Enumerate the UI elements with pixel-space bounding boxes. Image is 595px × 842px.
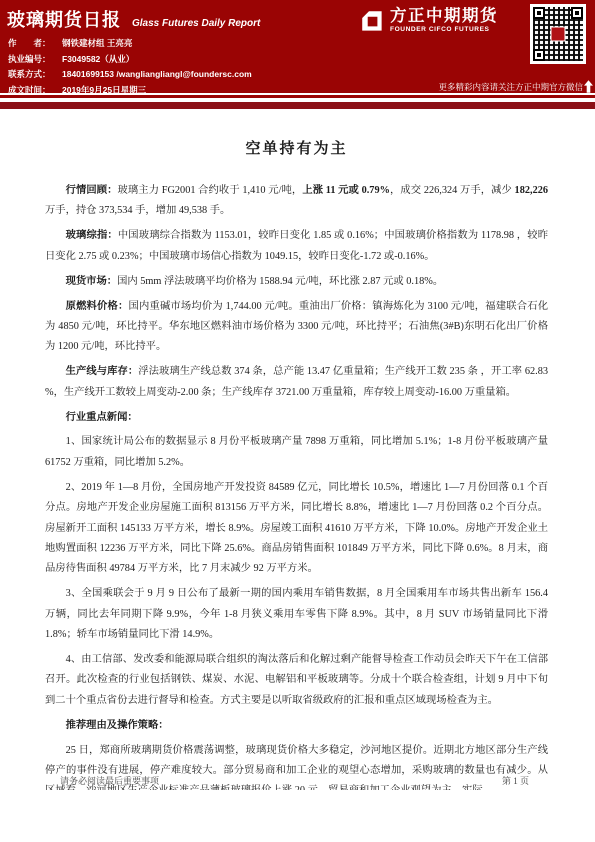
founder-logo-icon (358, 7, 385, 34)
wechat-note-row: 更多精彩内容请关注方正中期官方微信 (438, 80, 593, 93)
report-paragraph: 4、由工信部、发改委和能源局联合组织的淘汰落后和化解过剩产能督导检查工作动员会昨… (45, 650, 548, 711)
meta-label: 作 者： (8, 36, 62, 52)
report-meta: 作 者： 钢铁建材组 王亮亮 执业编号： F3049582（从业） 联系方式： … (8, 36, 252, 98)
report-page: 玻璃期货日报 Glass Futures Daily Report 作 者： 钢… (0, 0, 595, 842)
report-main: 空单持有为主 行情回顾：玻璃主力 FG2001 合约收于 1,410 元/吨，上… (45, 109, 548, 790)
report-paragraph: 原燃料价格：国内重碱市场均价为 1,744.00 元/吨。重油出厂价格：镇海炼化… (45, 297, 548, 358)
meta-label: 成文时间： (8, 83, 62, 99)
qr-finder-icon (571, 7, 583, 19)
report-paragraph: 1、国家统计局公布的数据显示 8 月份平板玻璃产量 7898 万重箱，同比增加 … (45, 432, 548, 473)
section-heading: 行业重点新闻： (45, 408, 548, 428)
meta-label: 联系方式： (8, 67, 62, 83)
meta-label: 执业编号： (8, 52, 62, 68)
report-paragraph: 生产线与库存：浮法玻璃生产线总数 374 条，总产能 13.47 亿重量箱；生产… (45, 362, 548, 403)
report-header: 玻璃期货日报 Glass Futures Daily Report 作 者： 钢… (0, 0, 595, 98)
brand-block: 方正中期期货 FOUNDER CIFCO FUTURES (358, 7, 498, 34)
report-paragraph: 玻璃综指：中国玻璃综合指数为 1153.01，较昨日变化 1.85 或 0.16… (45, 226, 548, 267)
meta-value: 18401699153 /wangliangliangl@foundersc.c… (62, 67, 252, 83)
brand-name: 方正中期期货 (390, 7, 498, 26)
header-divider-bar (0, 102, 595, 109)
qr-finder-icon (533, 49, 545, 61)
footer-disclaimer: 请务必阅读最后重要事项 (60, 774, 159, 787)
meta-row-license: 执业编号： F3049582（从业） (8, 52, 252, 68)
report-paragraph: 2、2019 年 1—8 月份，全国房地产开发投资 84589 亿元，同比增长 … (45, 478, 548, 580)
page-number: 第 1 页 (502, 774, 529, 787)
header-underline (0, 93, 595, 95)
qr-finder-icon (533, 7, 545, 19)
up-arrow-icon (584, 80, 593, 93)
qr-code (530, 4, 586, 64)
meta-value: 钢铁建材组 王亮亮 (62, 36, 132, 52)
meta-row-date: 成文时间： 2019年9月25日星期三 (8, 83, 252, 99)
report-subtitle: Glass Futures Daily Report (132, 18, 260, 29)
paragraphs-container: 行情回顾：玻璃主力 FG2001 合约收于 1,410 元/吨，上涨 11 元或… (45, 181, 548, 790)
meta-value: F3049582（从业） (62, 52, 134, 68)
report-title-row: 玻璃期货日报 Glass Futures Daily Report (7, 6, 260, 32)
meta-row-contact: 联系方式： 18401699153 /wangliangliangl@found… (8, 67, 252, 83)
qr-center-logo-icon (551, 27, 566, 42)
brand-subtitle: FOUNDER CIFCO FUTURES (390, 26, 498, 33)
brand-text: 方正中期期货 FOUNDER CIFCO FUTURES (390, 7, 498, 33)
section-heading: 推荐理由及操作策略： (45, 716, 548, 736)
meta-row-author: 作 者： 钢铁建材组 王亮亮 (8, 36, 252, 52)
report-paragraph: 3、全国乘联会于 9 月 9 日公布了最新一期的国内乘用车销售数据，8 月全国乘… (45, 584, 548, 645)
report-title: 玻璃期货日报 (7, 6, 121, 32)
report-paragraph: 行情回顾：玻璃主力 FG2001 合约收于 1,410 元/吨，上涨 11 元或… (45, 181, 548, 222)
report-paragraph: 现货市场：国内 5mm 浮法玻璃平均价格为 1588.94 元/吨，环比涨 2.… (45, 272, 548, 292)
wechat-note: 更多精彩内容请关注方正中期官方微信 (438, 81, 583, 93)
article-title: 空单持有为主 (45, 137, 548, 158)
qr-pattern (533, 7, 583, 61)
meta-value: 2019年9月25日星期三 (62, 83, 146, 99)
report-footer: 请务必阅读最后重要事项 第 1 页 (60, 774, 529, 787)
